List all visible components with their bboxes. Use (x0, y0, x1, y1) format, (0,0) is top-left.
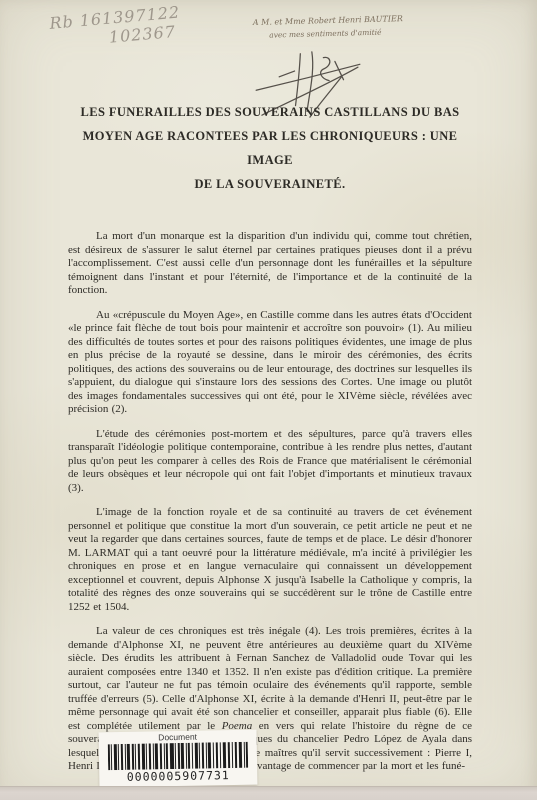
barcode-number: 0000005907731 (127, 769, 230, 783)
article-title-line1: LES FUNERAILLES DES SOUVERAINS CASTILLAN… (68, 100, 472, 124)
paragraph: L'étude des cérémonies post-mortem et de… (68, 428, 472, 496)
article-title: LES FUNERAILLES DES SOUVERAINS CASTILLAN… (68, 100, 472, 196)
article: LES FUNERAILLES DES SOUVERAINS CASTILLAN… (68, 100, 472, 774)
paragraph-segment: La valeur de ces chroniques est très iné… (68, 625, 472, 732)
page-bottom-edge (0, 786, 537, 800)
barcode-label: Document (158, 733, 197, 743)
scanned-document-page: { "page": { "handwritten": { "catalog_li… (0, 0, 537, 800)
paragraph: L'image de la fonction royale et de sa c… (68, 506, 472, 614)
paragraph: La mort d'un monarque est la disparition… (68, 230, 472, 298)
barcode-image (108, 742, 248, 770)
article-title-line3: DE LA SOUVERAINETÉ. (68, 172, 472, 196)
paragraph: Au «crépuscule du Moyen Age», en Castill… (68, 309, 472, 417)
barcode-sticker: Document 0000005907731 (99, 730, 258, 788)
article-title-line2: MOYEN AGE RACONTEES PAR LES CHRONIQUEURS… (68, 124, 472, 172)
article-body: La mort d'un monarque est la disparition… (68, 230, 472, 774)
